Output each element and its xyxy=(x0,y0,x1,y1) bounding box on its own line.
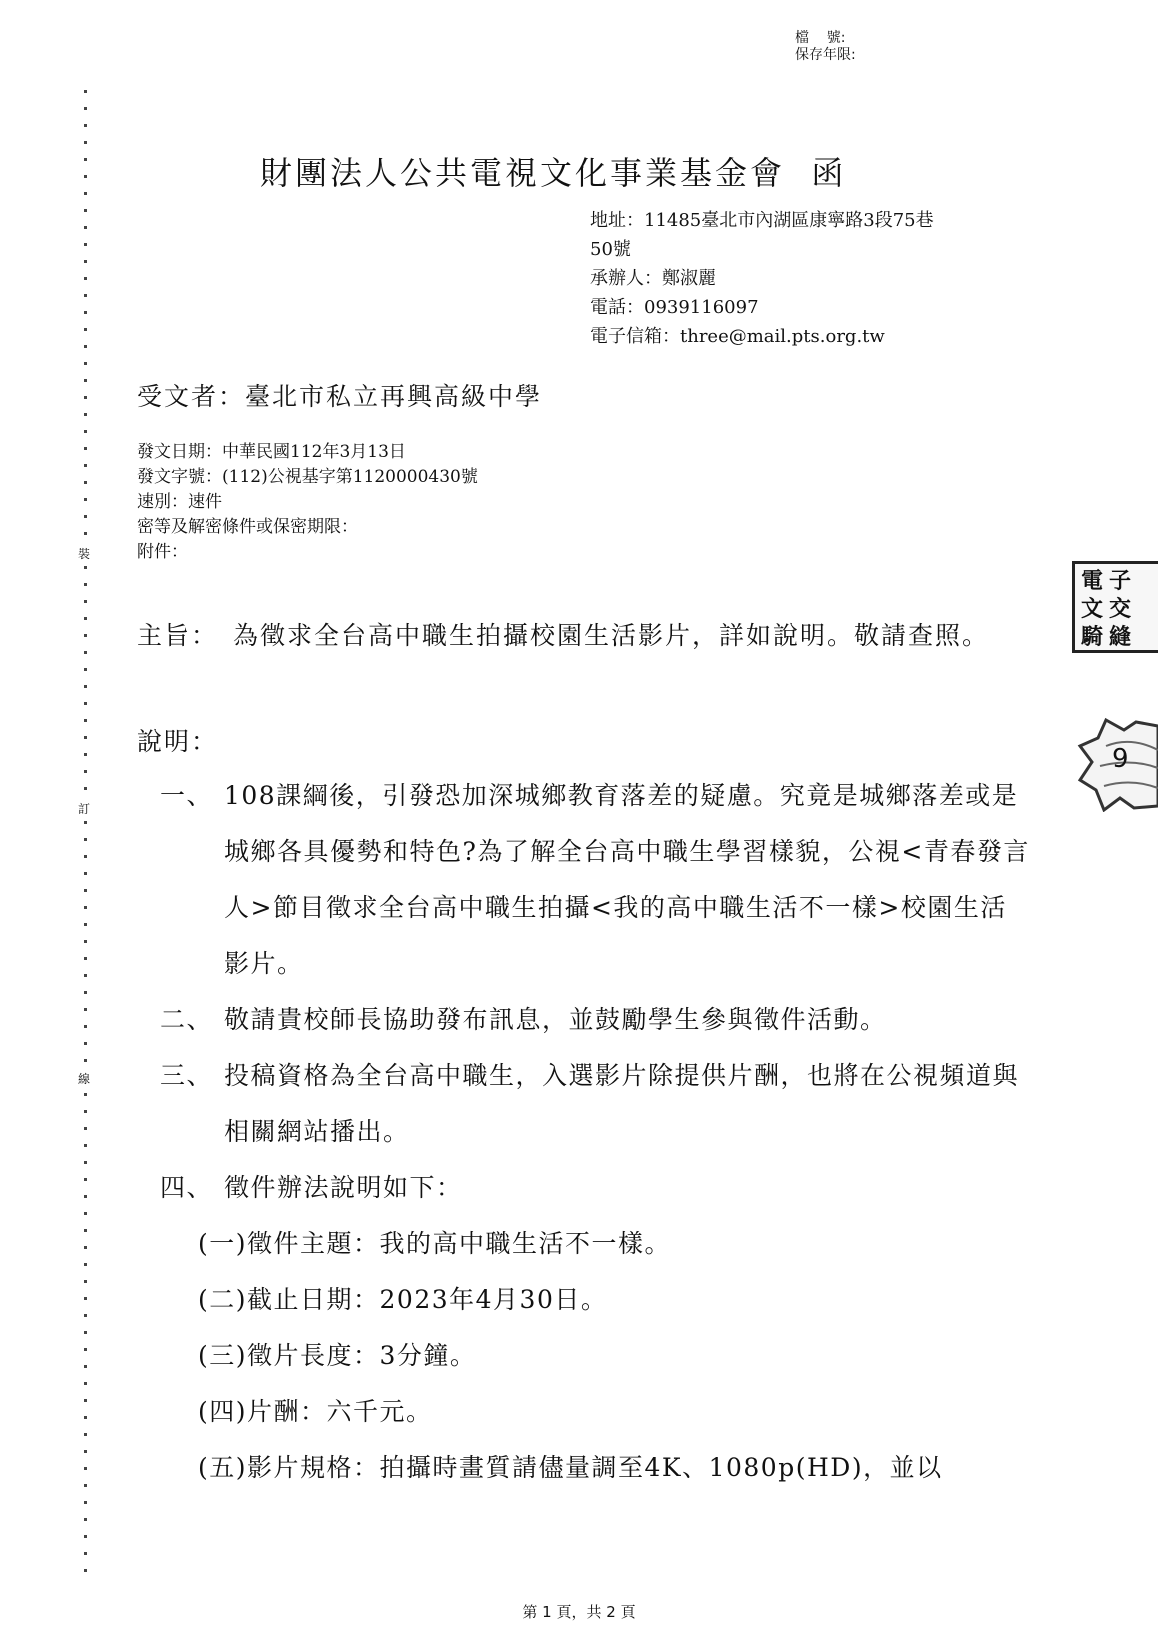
margin-dot xyxy=(84,464,87,467)
margin-dot xyxy=(84,1399,87,1402)
margin-dot xyxy=(84,124,87,127)
margin-dot xyxy=(84,515,87,518)
sender-info: 地址：11485臺北市內湖區康寧路3段75巷 50號 承辦人：鄭淑麗 電話：09… xyxy=(590,206,934,351)
margin-dot xyxy=(84,192,87,195)
seal-stamp-icon: 9 xyxy=(1076,716,1158,812)
stamp-char: 縫 xyxy=(1109,623,1137,651)
binding-margin: 裝 訂 線 xyxy=(84,90,88,1580)
margin-dot xyxy=(84,1110,87,1113)
point-text: 徵件辦法說明如下： xyxy=(224,1173,463,1202)
margin-dot xyxy=(84,1365,87,1368)
margin-dot xyxy=(84,1535,87,1538)
margin-dot xyxy=(84,447,87,450)
margin-dot xyxy=(84,294,87,297)
margin-dot xyxy=(84,1127,87,1130)
margin-dot xyxy=(84,141,87,144)
margin-dot xyxy=(84,651,87,654)
sender-phone: 電話：0939116097 xyxy=(590,293,934,322)
stamp-char: 騎 xyxy=(1081,623,1109,651)
margin-dot xyxy=(84,923,87,926)
sender-address-line1: 地址：11485臺北市內湖區康寧路3段75巷 xyxy=(590,206,934,235)
margin-dot xyxy=(84,906,87,909)
point-text: 投稿資格為全台高中職生，入選影片除提供片酬，也將在公視頻道與相關網站播出。 xyxy=(224,1061,1019,1146)
margin-dot xyxy=(84,1450,87,1453)
sub-point-3: (三)徵片長度：3分鐘。 xyxy=(160,1328,1030,1384)
margin-dot xyxy=(84,787,87,790)
binding-mark-xian: 線 xyxy=(78,1070,90,1087)
margin-dot xyxy=(84,396,87,399)
margin-dot xyxy=(84,872,87,875)
margin-dot xyxy=(84,1212,87,1215)
margin-dot xyxy=(84,243,87,246)
sub-point-1: (一)徵件主題：我的高中職生活不一樣。 xyxy=(160,1216,1030,1272)
margin-dot xyxy=(84,277,87,280)
margin-dot xyxy=(84,821,87,824)
margin-dot xyxy=(84,974,87,977)
margin-dot xyxy=(84,1416,87,1419)
margin-dot xyxy=(84,260,87,263)
margin-dot xyxy=(84,1263,87,1266)
archive-info: 檔 號: 保存年限: xyxy=(795,30,856,64)
margin-dot xyxy=(84,1518,87,1521)
explanation-label: 說明： xyxy=(137,722,218,758)
margin-dot xyxy=(84,1297,87,1300)
retention-period-label: 保存年限: xyxy=(795,47,856,64)
margin-dot xyxy=(84,1280,87,1283)
margin-dot xyxy=(84,1008,87,1011)
delivery-speed: 速別：速件 xyxy=(137,490,478,515)
stamp-char: 子 xyxy=(1109,567,1137,595)
binding-mark-zhuang: 裝 xyxy=(78,545,90,562)
sub-point-4: (四)片酬：六千元。 xyxy=(160,1384,1030,1440)
explanation-points: 一、 108課綱後，引發恐加深城鄉教育落差的疑慮。究竟是城鄉落差或是城鄉各具優勢… xyxy=(160,768,1030,1496)
margin-dot xyxy=(84,617,87,620)
margin-dot xyxy=(84,498,87,501)
margin-dot xyxy=(84,481,87,484)
margin-dot xyxy=(84,991,87,994)
stamp-char: 交 xyxy=(1109,595,1137,623)
margin-dot xyxy=(84,1246,87,1249)
subject-text: 為徵求全台高中職生拍攝校園生活影片，詳如說明。敬請查照。 xyxy=(233,608,1023,664)
point-number: 一、 xyxy=(160,768,213,824)
subject-label: 主旨： xyxy=(137,608,218,664)
margin-dot xyxy=(84,532,87,535)
stamp-char: 文 xyxy=(1081,595,1109,623)
point-number: 二、 xyxy=(160,992,213,1048)
margin-dot xyxy=(84,634,87,637)
point-number: 三、 xyxy=(160,1048,213,1104)
issue-date: 發文日期：中華民國112年3月13日 xyxy=(137,440,478,465)
margin-dot xyxy=(84,175,87,178)
margin-dot xyxy=(84,1178,87,1181)
margin-dot xyxy=(84,1161,87,1164)
margin-dot xyxy=(84,1195,87,1198)
document-meta: 發文日期：中華民國112年3月13日 發文字號：(112)公視基字第112000… xyxy=(137,440,478,565)
point-text: 敬請貴校師長協助發布訊息，並鼓勵學生參與徵件活動。 xyxy=(224,1005,887,1034)
margin-dot xyxy=(84,1331,87,1334)
margin-dot xyxy=(84,753,87,756)
explanation-point-4: 四、 徵件辦法說明如下： xyxy=(160,1160,1030,1216)
document-number: 發文字號：(112)公視基字第1120000430號 xyxy=(137,465,478,490)
margin-dot xyxy=(84,1059,87,1062)
margin-dot xyxy=(84,345,87,348)
sender-address-line2: 50號 xyxy=(590,235,934,264)
sub-point-5: (五)影片規格：拍攝時畫質請儘量調至4K、1080p(HD)，並以 xyxy=(160,1440,1030,1496)
explanation-point-2: 二、 敬請貴校師長協助發布訊息，並鼓勵學生參與徵件活動。 xyxy=(160,992,1030,1048)
margin-dot xyxy=(84,600,87,603)
point-number: 四、 xyxy=(160,1160,213,1216)
binding-mark-ding: 訂 xyxy=(78,800,90,817)
margin-dot xyxy=(84,1348,87,1351)
recipient: 受文者：臺北市私立再興高級中學 xyxy=(137,377,542,413)
explanation-point-1: 一、 108課綱後，引發恐加深城鄉教育落差的疑慮。究竟是城鄉落差或是城鄉各具優勢… xyxy=(160,768,1030,992)
margin-dot xyxy=(84,855,87,858)
margin-dot xyxy=(84,1433,87,1436)
stamp-char: 電 xyxy=(1081,567,1109,595)
e-document-stamp: 電 子 文 交 騎 縫 xyxy=(1072,561,1158,653)
margin-dot xyxy=(84,226,87,229)
explanation-point-3: 三、 投稿資格為全台高中職生，入選影片除提供片酬，也將在公視頻道與相關網站播出。 xyxy=(160,1048,1030,1160)
page-indicator: 第 1 頁，共 2 頁 xyxy=(0,1601,1158,1622)
margin-dot xyxy=(84,1093,87,1096)
margin-dot xyxy=(84,1484,87,1487)
sender-contact: 承辦人：鄭淑麗 xyxy=(590,264,934,293)
margin-dot xyxy=(84,311,87,314)
margin-dot xyxy=(84,1144,87,1147)
margin-dot xyxy=(84,1382,87,1385)
margin-dot xyxy=(84,583,87,586)
margin-dot xyxy=(84,889,87,892)
margin-dot xyxy=(84,1552,87,1555)
margin-dot xyxy=(84,158,87,161)
margin-dot xyxy=(84,838,87,841)
margin-dot xyxy=(84,430,87,433)
file-number-label: 檔 號: xyxy=(795,30,856,47)
margin-dot xyxy=(84,1467,87,1470)
margin-dot xyxy=(84,1229,87,1232)
margin-dot xyxy=(84,1501,87,1504)
margin-dot xyxy=(84,107,87,110)
margin-dot xyxy=(84,770,87,773)
sub-point-2: (二)截止日期：2023年4月30日。 xyxy=(160,1272,1030,1328)
margin-dot xyxy=(84,413,87,416)
margin-dot xyxy=(84,685,87,688)
confidentiality: 密等及解密條件或保密期限： xyxy=(137,515,478,540)
margin-dot xyxy=(84,209,87,212)
margin-dot xyxy=(84,379,87,382)
margin-dot xyxy=(84,1025,87,1028)
document-title: 財團法人公共電視文化事業基金會 函 xyxy=(260,148,846,194)
margin-dot xyxy=(84,702,87,705)
sender-email: 電子信箱：three@mail.pts.org.tw xyxy=(590,322,934,351)
margin-dot xyxy=(84,328,87,331)
margin-dot xyxy=(84,1569,87,1572)
margin-dot xyxy=(84,940,87,943)
margin-dot xyxy=(84,566,87,569)
margin-dot xyxy=(84,1314,87,1317)
margin-dot xyxy=(84,1042,87,1045)
margin-dot xyxy=(84,90,87,93)
margin-dot xyxy=(84,362,87,365)
margin-dot xyxy=(84,668,87,671)
margin-dot xyxy=(84,719,87,722)
attachment: 附件： xyxy=(137,540,478,565)
point-text: 108課綱後，引發恐加深城鄉教育落差的疑慮。究竟是城鄉落差或是城鄉各具優勢和特色… xyxy=(224,781,1030,978)
margin-dot xyxy=(84,736,87,739)
seal-number: 9 xyxy=(1112,744,1129,774)
margin-dot xyxy=(84,957,87,960)
